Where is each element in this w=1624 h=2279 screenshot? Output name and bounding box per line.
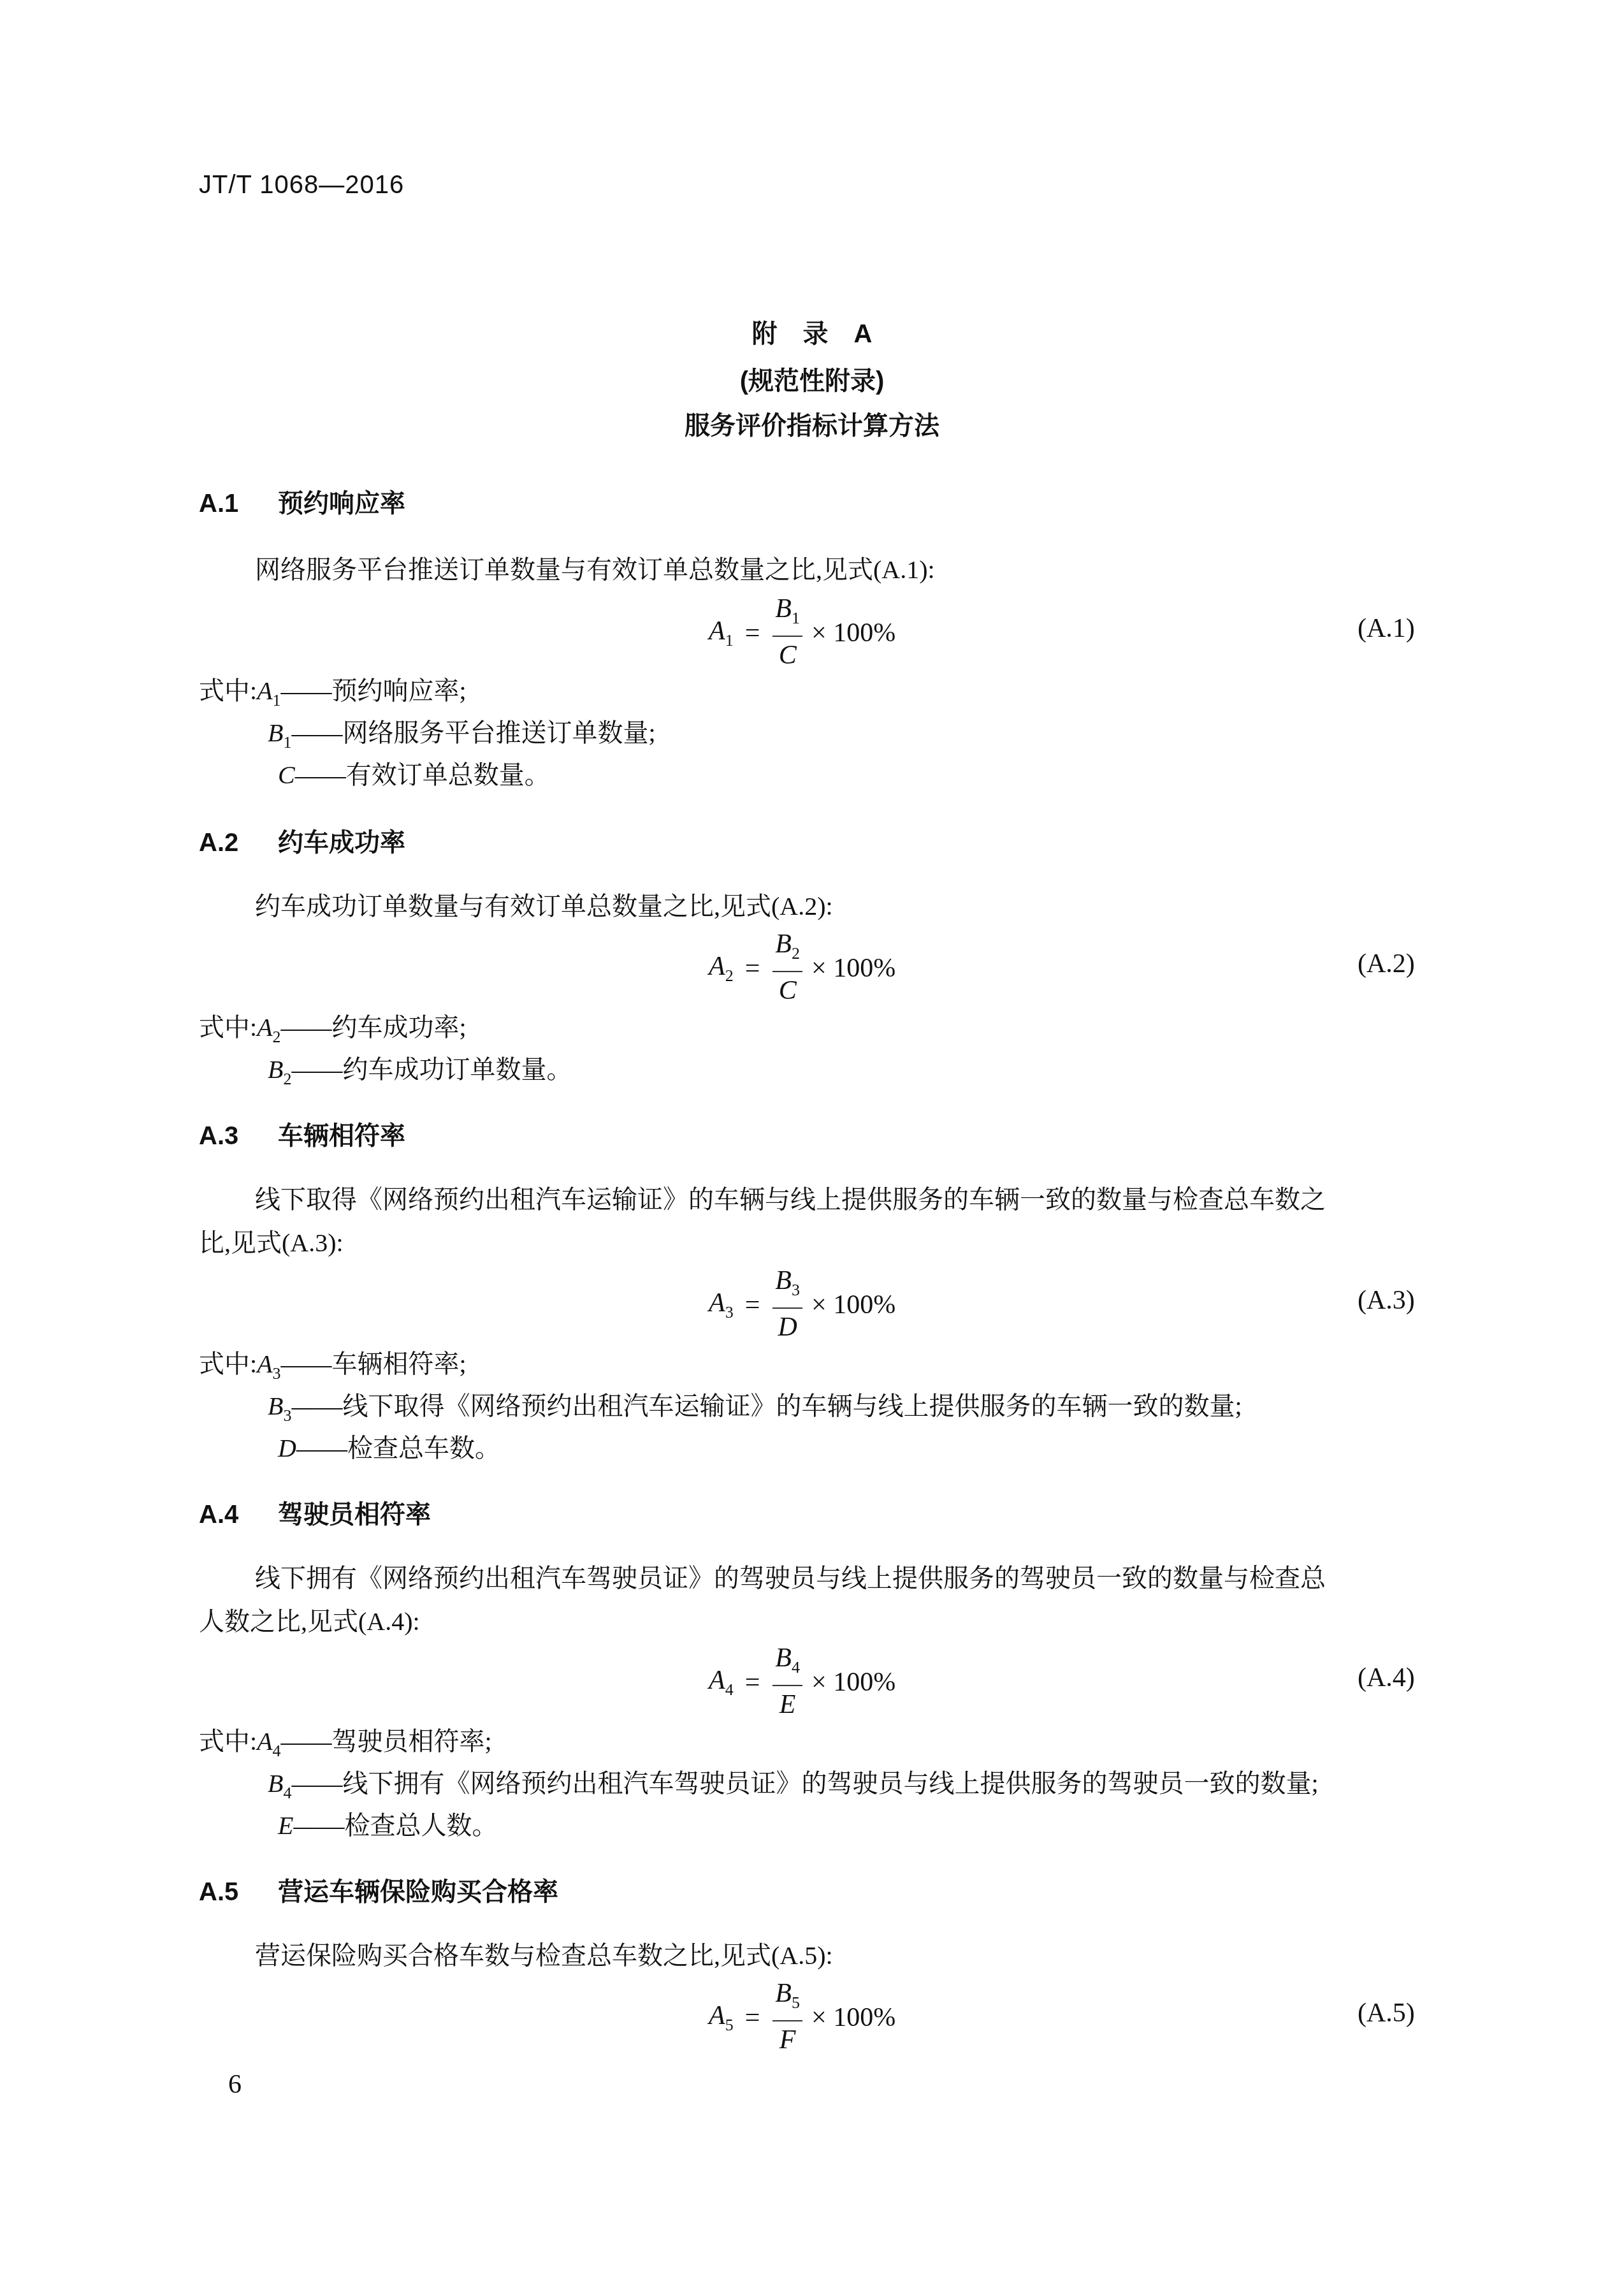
section-heading-a3: A.3车辆相符率: [199, 1116, 405, 1152]
formula-factor: × 100%: [811, 1290, 895, 1320]
formula-factor: × 100%: [811, 953, 895, 984]
section-number: A.4: [199, 1501, 278, 1529]
section-heading-a5: A.5营运车辆保险购买合格率: [199, 1872, 558, 1908]
section-heading-a4: A.4驾驶员相符率: [199, 1494, 431, 1531]
where-line: E——检查总人数。: [278, 1805, 497, 1842]
equation-label: (A.2): [1358, 949, 1415, 979]
section-heading-a1: A.1预约响应率: [199, 483, 405, 520]
section-paragraph-cont: 人数之比,见式(A.4):: [199, 1601, 420, 1638]
equation-label: (A.5): [1358, 1998, 1415, 2028]
equation-label: (A.4): [1358, 1663, 1415, 1693]
fraction: B4 E: [772, 1642, 802, 1722]
section-title: 约车成功率: [278, 829, 405, 857]
section-heading-a2: A.2约车成功率: [199, 822, 405, 859]
equation-label: (A.1): [1358, 613, 1415, 644]
formula-factor: × 100%: [811, 2002, 895, 2033]
formula-lhs: A1: [709, 616, 734, 650]
fraction: B3 D: [772, 1265, 802, 1344]
section-number: A.1: [199, 490, 278, 518]
where-line: B1——网络服务平台推送订单数量;: [268, 713, 656, 752]
formula-lhs: A4: [709, 1665, 734, 1700]
section-number: A.2: [199, 829, 278, 857]
where-line: C——有效订单总数量。: [278, 755, 550, 791]
where-line: B2——约车成功订单数量。: [268, 1049, 572, 1089]
page-number: 6: [228, 2069, 242, 2100]
section-title: 营运车辆保险购买合格率: [278, 1878, 558, 1906]
fraction: B1 C: [772, 593, 802, 673]
where-line: 式中:A1——预约响应率;: [199, 671, 467, 710]
section-paragraph: 线下取得《网络预约出租汽车运输证》的车辆与线上提供服务的车辆一致的数量与检查总车…: [255, 1179, 1326, 1216]
where-line: D——检查总车数。: [278, 1428, 500, 1464]
where-line: B4——线下拥有《网络预约出租汽车驾驶员证》的驾驶员与线上提供服务的驾驶员一致的…: [268, 1763, 1319, 1803]
formula-a4: A4 = B4 E × 100%: [709, 1642, 895, 1722]
fraction: B5 F: [772, 1977, 802, 2057]
formula-factor: × 100%: [811, 618, 895, 648]
where-line: B3——线下取得《网络预约出租汽车运输证》的车辆与线上提供服务的车辆一致的数量;: [268, 1386, 1242, 1425]
formula-a2: A2 = B2 C × 100%: [709, 928, 895, 1008]
equation-label: (A.3): [1358, 1285, 1415, 1316]
standard-code-header: JT/T 1068—2016: [199, 171, 404, 200]
section-paragraph: 约车成功订单数量与有效订单总数量之比,见式(A.2):: [255, 886, 833, 922]
section-number: A.5: [199, 1878, 278, 1907]
formula-lhs: A2: [709, 951, 734, 986]
section-title: 预约响应率: [278, 490, 405, 518]
section-title: 驾驶员相符率: [278, 1501, 431, 1529]
section-paragraph: 网络服务平台推送订单数量与有效订单总数量之比,见式(A.1):: [255, 550, 935, 586]
fraction: B2 C: [772, 928, 802, 1008]
formula-lhs: A5: [709, 2000, 734, 2035]
appendix-name: 服务评价指标计算方法: [0, 405, 1624, 442]
formula-a1: A1 = B1 C × 100%: [709, 593, 895, 673]
section-paragraph-cont: 比,见式(A.3):: [199, 1223, 344, 1259]
where-line: 式中:A3——车辆相符率;: [199, 1344, 467, 1383]
appendix-title: 附 录 A: [0, 314, 1624, 350]
where-line: 式中:A2——约车成功率;: [199, 1007, 467, 1047]
section-paragraph: 营运保险购买合格车数与检查总车数之比,见式(A.5):: [255, 1935, 833, 1972]
formula-a5: A5 = B5 F × 100%: [709, 1977, 895, 2057]
formula-lhs: A3: [709, 1288, 734, 1322]
section-paragraph: 线下拥有《网络预约出租汽车驾驶员证》的驾驶员与线上提供服务的驾驶员一致的数量与检…: [255, 1558, 1326, 1594]
where-line: 式中:A4——驾驶员相符率;: [199, 1721, 492, 1761]
appendix-type: (规范性附录): [0, 361, 1624, 397]
section-title: 车辆相符率: [278, 1122, 405, 1150]
formula-a3: A3 = B3 D × 100%: [709, 1265, 895, 1344]
section-number: A.3: [199, 1122, 278, 1151]
formula-factor: × 100%: [811, 1667, 895, 1698]
